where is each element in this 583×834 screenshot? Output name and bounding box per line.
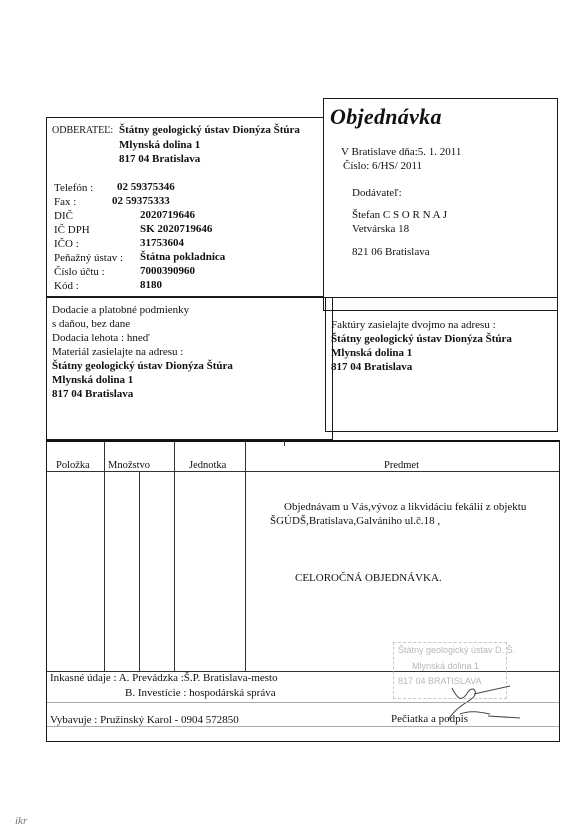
buyer-label: ODBERATEĽ: [52, 125, 113, 137]
supplier-street: Vetvárska 18 [352, 223, 409, 235]
buyer-field-value: 7000390960 [140, 265, 195, 277]
supplier-label: Dodávateľ: [352, 187, 402, 199]
col-divider [174, 442, 175, 671]
buyer-field-label: Telefón : [54, 182, 93, 194]
buyer-field-label: Kód : [54, 280, 79, 292]
delivery-street: Mlynská dolina 1 [52, 374, 133, 386]
margin-note: ikr [15, 815, 27, 827]
buyer-field-value: 2020719646 [140, 209, 195, 221]
handled-by: Vybavuje : Pružinský Karol - 0904 572850 [50, 714, 239, 726]
delivery-tax: s daňou, bez dane [52, 318, 130, 330]
buyer-field-value: Štátna pokladnica [140, 251, 225, 263]
document-title: Objednávka [330, 104, 442, 130]
buyer-field-value: 02 59375333 [112, 195, 170, 207]
invoice-street: Mlynská dolina 1 [331, 347, 412, 359]
subject-line-3: CELOROČNÁ OBJEDNÁVKA. [295, 572, 442, 584]
buyer-field-label: IČ DPH [54, 224, 90, 236]
col-divider [139, 472, 140, 671]
footer-divider [47, 702, 559, 703]
supplier-city: 821 06 Bratislava [352, 246, 430, 258]
buyer-field-value: 8180 [140, 279, 162, 291]
col-divider [104, 442, 105, 671]
delivery-deadline: Dodacia lehota : hneď [52, 332, 150, 344]
invoice-city: 817 04 Bratislava [331, 361, 412, 373]
stamp-line: Mlynská dolina 1 [412, 661, 479, 672]
buyer-field-label: IČO : [54, 238, 79, 250]
delivery-terms: Dodacie a platobné podmienky [52, 304, 189, 316]
buyer-street: Mlynská dolina 1 [119, 139, 200, 151]
column-header-item: Položka [56, 460, 90, 472]
buyer-field-label: DIČ [54, 210, 73, 222]
buyer-city: 817 04 Bratislava [119, 153, 200, 165]
buyer-field-value: SK 2020719646 [140, 223, 212, 235]
delivery-name: Štátny geologický ústav Dionýza Štúra [52, 360, 233, 372]
buyer-field-value: 31753604 [140, 237, 184, 249]
column-header-quantity: Množstvo [108, 460, 150, 472]
col-divider [245, 442, 246, 671]
column-header-unit: Jednotka [189, 460, 226, 472]
column-header-subject: Predmet [384, 460, 419, 472]
buyer-field-label: Fax : [54, 196, 76, 208]
order-number: Číslo: 6/HS/ 2011 [343, 160, 422, 172]
collection-info: Inkasné údaje : A. Prevádzka :Š.P. Brati… [50, 672, 278, 684]
buyer-field-label: Číslo účtu : [54, 266, 105, 278]
subject-line-2: ŠGÚDŠ,Bratislava,Galvániho ul.č.18 , [270, 515, 440, 527]
subject-line-1: Objednávam u Vás,vývoz a likvidáciu feká… [284, 501, 526, 513]
buyer-field-value: 02 59375346 [117, 181, 175, 193]
delivery-address-label: Materiál zasielajte na adresu : [52, 346, 183, 358]
footer-divider [47, 726, 559, 727]
delivery-city: 817 04 Bratislava [52, 388, 133, 400]
order-place-date: V Bratislave dňa:5. 1. 2011 [341, 146, 461, 158]
buyer-field-label: Peňažný ústav : [54, 252, 123, 264]
invoice-instruction: Faktúry zasielajte dvojmo na adresu : [331, 319, 496, 331]
buyer-label-text: ODBERATEĽ: [52, 125, 113, 136]
stamp-signature-label: Pečiatka a podpis [391, 713, 468, 725]
buyer-name: Štátny geologický ústav Dionýza Štúra [119, 124, 300, 136]
stamp-line: Štátny geologický ústav D. Š. [398, 645, 515, 656]
supplier-name: Štefan C S O R N A J [352, 209, 447, 221]
col-divider [284, 440, 285, 446]
invoice-name: Štátny geologický ústav Dionýza Štúra [331, 333, 512, 345]
collection-investments: B. Investície : hospodárská správa [125, 687, 276, 699]
